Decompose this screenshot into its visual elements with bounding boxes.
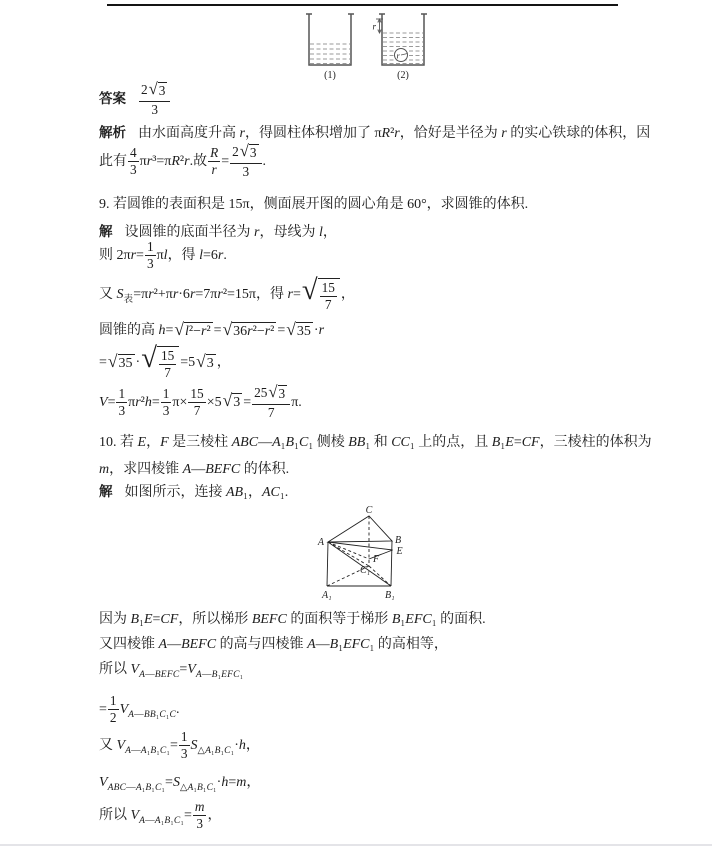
prism-hidden-edges (327, 516, 391, 586)
beakers-figure: (1) r r (2) (298, 8, 438, 80)
problem10-step-7: 所以 VA—A₁B₁C₁=m3， (99, 800, 221, 831)
problem10-step-2: 又四棱锥 A—BEFC 的高与四棱锥 A—B₁EFC₁ 的高相等， (99, 634, 448, 656)
problem10-solution-intro: 解如图所示，连接 AB₁，AC₁. (99, 481, 288, 504)
answer-label: 答案 (99, 91, 126, 106)
prism-label-F: F (372, 554, 380, 565)
top-rule (107, 4, 618, 6)
problem9-step-3: 圆锥的高 h=√l²−r²=√36r²−r²=√35·r (99, 320, 324, 342)
problem10-step-3: 所以 VA—BEFC=VA—B₁EFC₁ (99, 659, 243, 681)
analysis-text-2: 此有43πr³=πR²r.故Rr=2√33. (99, 154, 266, 169)
analysis-line-1: 解析由水面高度升高 r，得圆柱体积增加了 πR²r，恰好是半径为 r 的实心铁球… (99, 122, 650, 145)
bottom-rule (0, 844, 712, 846)
beaker1-outline (306, 14, 354, 65)
textbook-page: (1) r r (2) 答案2√33 解析由水面高度升高 r，得圆柱体 (0, 0, 712, 847)
problem9-intro-text: 设圆锥的底面半径为 r，母线为 l， (125, 225, 337, 240)
problem10-step-6: VABC—A₁B₁C₁=S△A₁B₁C₁·h=m， (99, 772, 260, 794)
prism-labels: C A B E F C₁ A₁ B₁ (317, 505, 403, 601)
prism-figure: C A B E F C₁ A₁ B₁ (313, 504, 423, 606)
beaker1-water (310, 44, 350, 64)
problem9-step-1: 则 2πr=13πl，得 l=6r. (99, 240, 227, 271)
problem9-step-5: V=13πr²h=13π×157×5√3=25√37π. (99, 385, 302, 420)
answer-line: 答案2√33 (99, 82, 171, 117)
problem9-question: 9. 若圆锥的表面积是 15π，侧面展开图的圆心角是 60°，求圆锥的体积. (99, 194, 528, 216)
problem9-step-2: 又 S表=πr²+πr·6r=7πr²=15π，得 r=√157， (99, 278, 355, 312)
solution-label: 解 (99, 224, 113, 239)
prism-label-B1: B₁ (385, 590, 395, 601)
prism-label-E: E (396, 546, 403, 557)
problem9-step-4: =√35·√157=5√3， (99, 346, 231, 380)
beaker1-caption: (1) (324, 70, 336, 80)
water-rise-label: r (373, 22, 377, 32)
prism-label-B: B (395, 535, 401, 546)
problem10-intro-text: 如图所示，连接 AB₁，AC₁. (125, 485, 289, 500)
beaker2-caption: (2) (397, 70, 409, 80)
prism-label-C1: C₁ (360, 565, 370, 576)
problem10-step-1: 因为 B₁E=CF，所以梯形 BEFC 的面积等于梯形 B₁EFC₁ 的面积. (99, 609, 486, 631)
prism-label-A: A (317, 537, 325, 548)
prism-label-C: C (366, 505, 373, 516)
problem10-question-2: m，求四棱锥 A—BEFC 的体积. (99, 459, 289, 481)
problem10-step-5: 又 VA—A₁B₁C₁=13S△A₁B₁C₁·h， (99, 730, 260, 761)
problem10-question-1: 10. 若 E，F 是三棱柱 ABC—A₁B₁C₁ 侧棱 BB₁ 和 CC₁ 上… (99, 432, 652, 454)
solution-label: 解 (99, 484, 113, 499)
analysis-label: 解析 (99, 125, 126, 140)
prism-label-A1: A₁ (321, 590, 332, 601)
analysis-line-2: 此有43πr³=πR²r.故Rr=2√33. (99, 144, 266, 179)
problem10-step-4: =12VA—BB₁C₁C. (99, 694, 180, 725)
answer-value: 2√33 (138, 92, 171, 107)
analysis-text-1: 由水面高度升高 r，得圆柱体积增加了 πR²r，恰好是半径为 r 的实心铁球的体… (138, 126, 650, 141)
